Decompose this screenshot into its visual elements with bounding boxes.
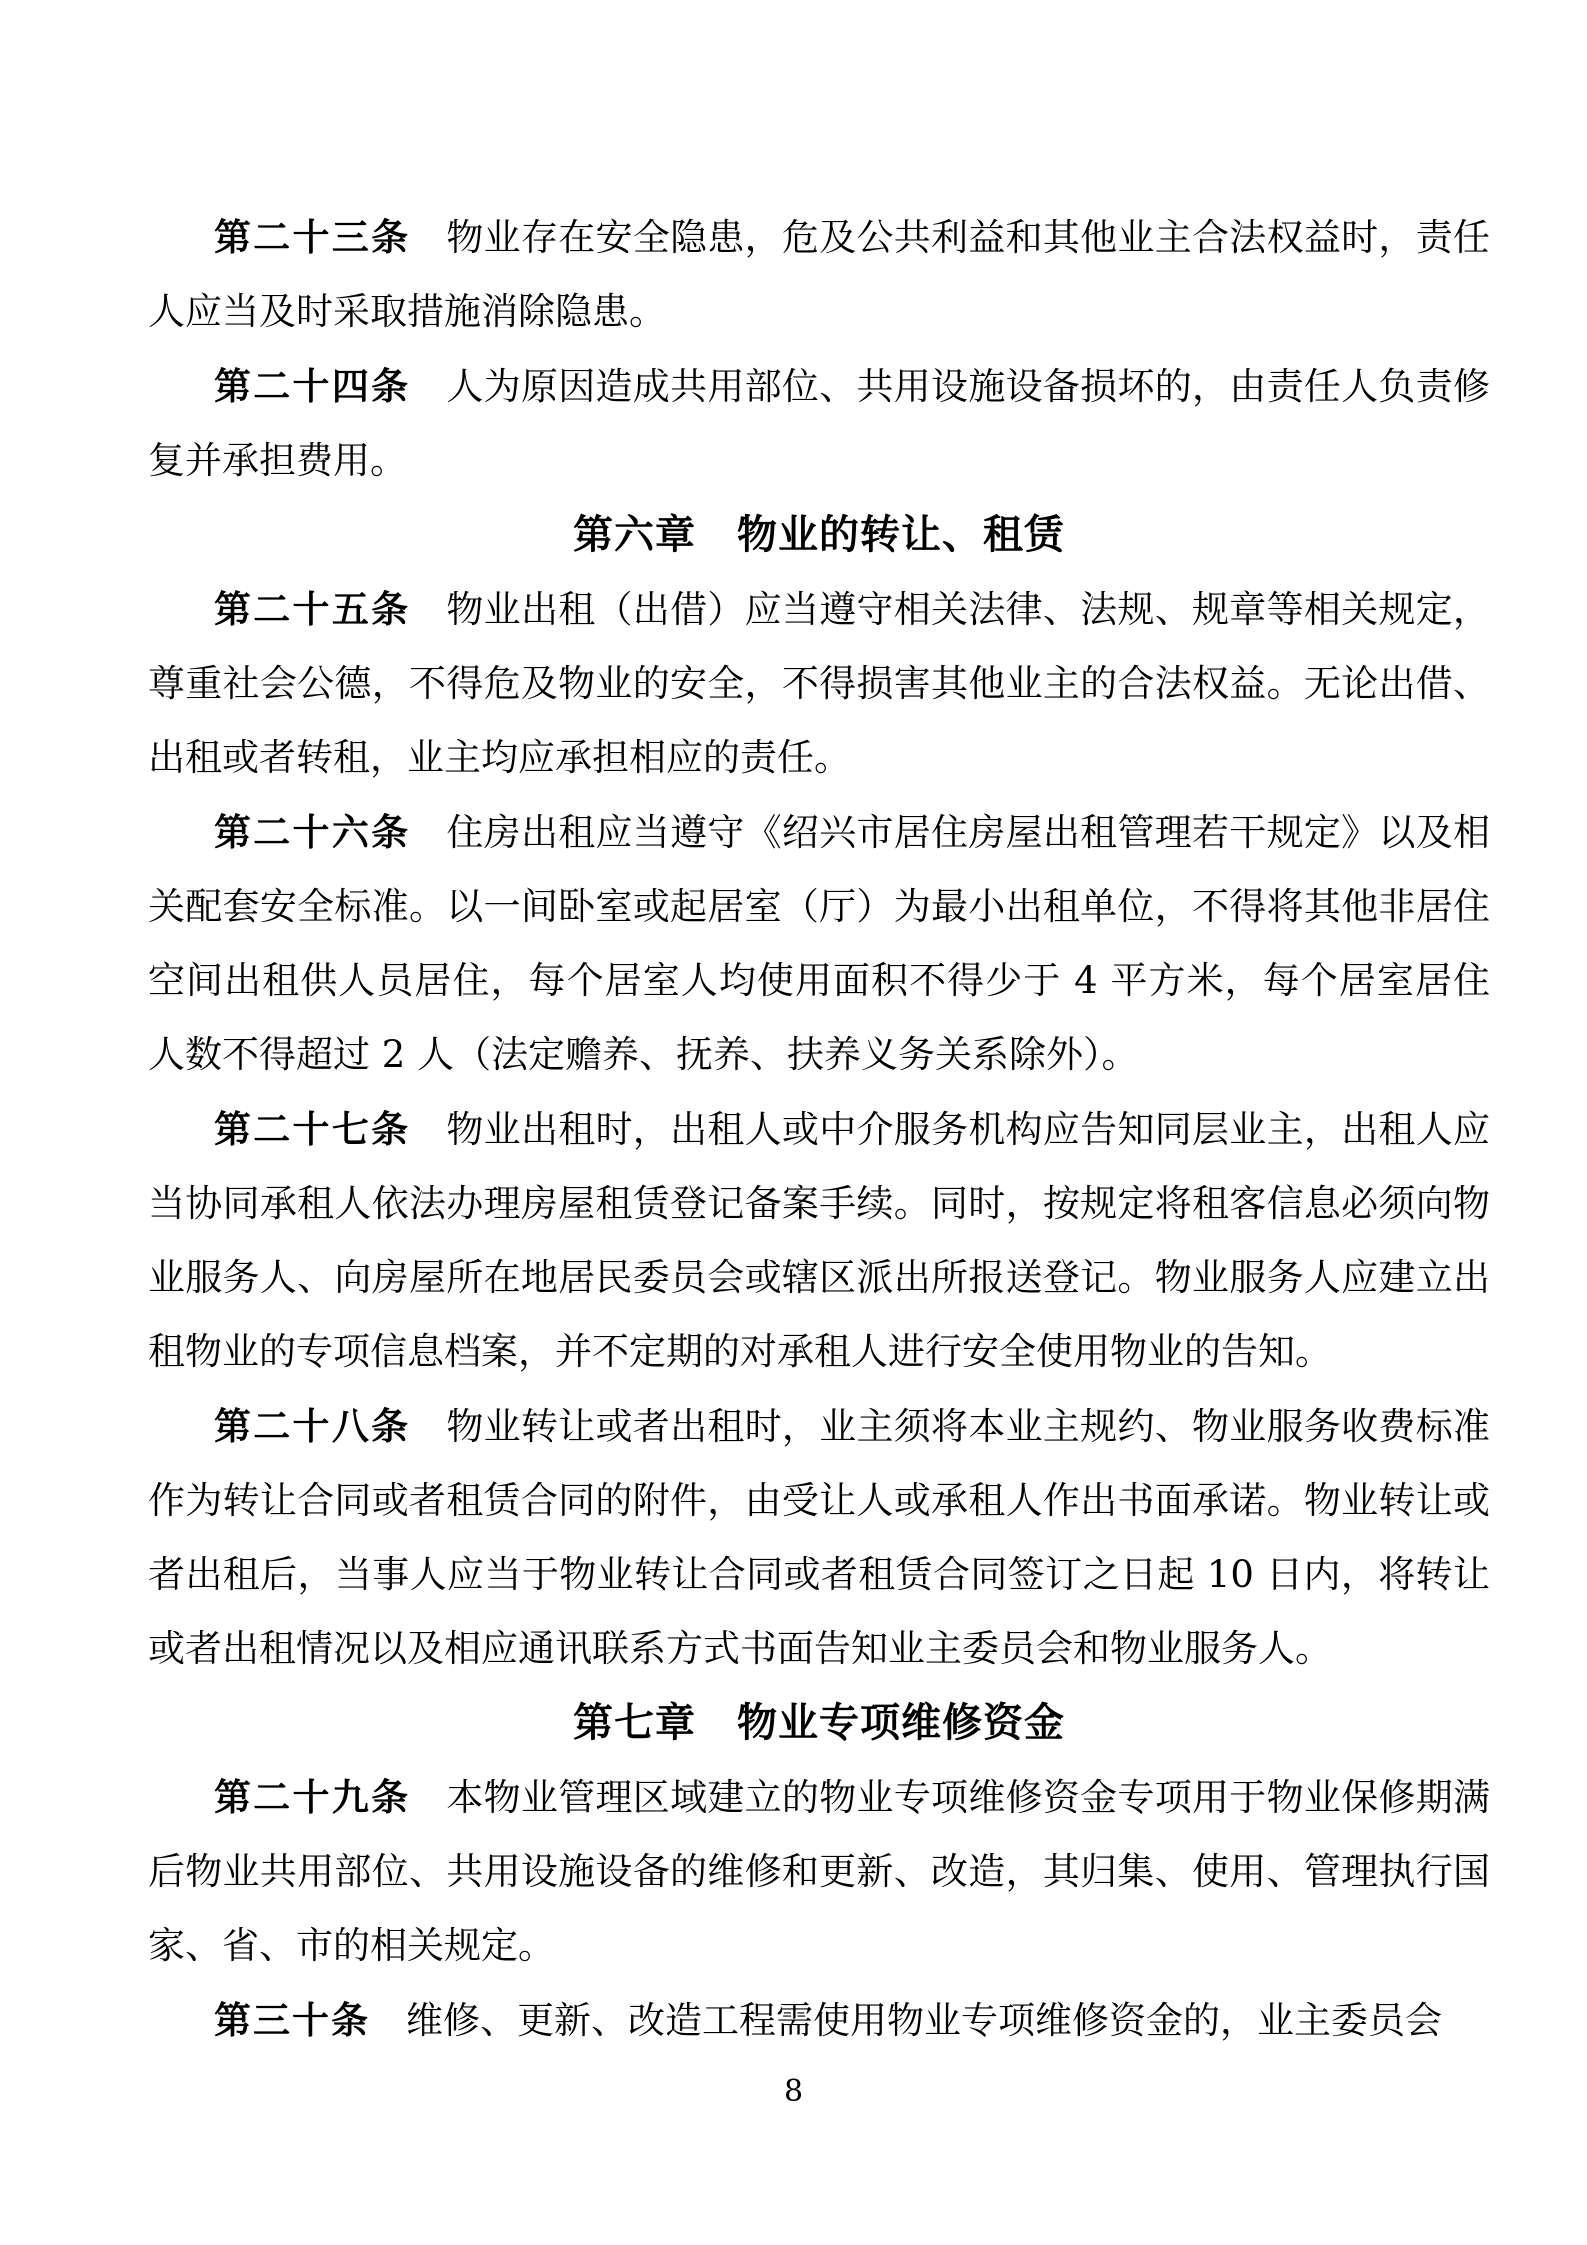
article-paragraph: 第三十条维修、更新、改造工程需使用物业专项维修资金的，业主委员会: [148, 1983, 1490, 2058]
article-number: 第二十六条: [214, 810, 410, 854]
article-paragraph: 第二十六条住房出租应当遵守《绍兴市居住房屋出租管理若干规定》以及相关配套安全标准…: [148, 795, 1490, 1092]
article-paragraph: 第二十五条物业出租（出借）应当遵守相关法律、法规、规章等相关规定，尊重社会公德，…: [148, 572, 1490, 795]
article-text: 维修、更新、改造工程需使用物业专项维修资金的，业主委员会: [406, 1999, 1442, 2042]
article-number: 第二十四条: [214, 364, 410, 408]
document-body: 第二十三条物业存在安全隐患，危及公共利益和其他业主合法权益时，责任人应当及时采取…: [148, 200, 1490, 2058]
page-footer: 8: [0, 2072, 1587, 2112]
article-paragraph: 第二十九条本物业管理区域建立的物业专项维修资金专项用于物业保修期满后物业共用部位…: [148, 1760, 1490, 1983]
article-number: 第二十八条: [214, 1404, 410, 1448]
article-number: 第三十条: [214, 1998, 370, 2042]
document-page: 第二十三条物业存在安全隐患，危及公共利益和其他业主合法权益时，责任人应当及时采取…: [0, 0, 1587, 2245]
article-paragraph: 第二十四条人为原因造成共用部位、共用设施设备损坏的，由责任人负责修复并承担费用。: [148, 349, 1490, 498]
article-paragraph: 第二十八条物业转让或者出租时，业主须将本业主规约、物业服务收费标准作为转让合同或…: [148, 1389, 1490, 1686]
article-paragraph: 第二十七条物业出租时，出租人或中介服务机构应告知同层业主，出租人应当协同承租人依…: [148, 1092, 1490, 1389]
article-number: 第二十五条: [214, 587, 410, 631]
article-paragraph: 第二十三条物业存在安全隐患，危及公共利益和其他业主合法权益时，责任人应当及时采取…: [148, 200, 1490, 349]
article-number: 第二十三条: [214, 215, 410, 259]
page-number: 8: [784, 2074, 803, 2109]
article-number: 第二十七条: [214, 1107, 410, 1151]
chapter-heading: 第六章 物业的转让、租赁: [148, 498, 1490, 572]
chapter-heading: 第七章 物业专项维修资金: [148, 1686, 1490, 1760]
article-number: 第二十九条: [214, 1775, 410, 1819]
